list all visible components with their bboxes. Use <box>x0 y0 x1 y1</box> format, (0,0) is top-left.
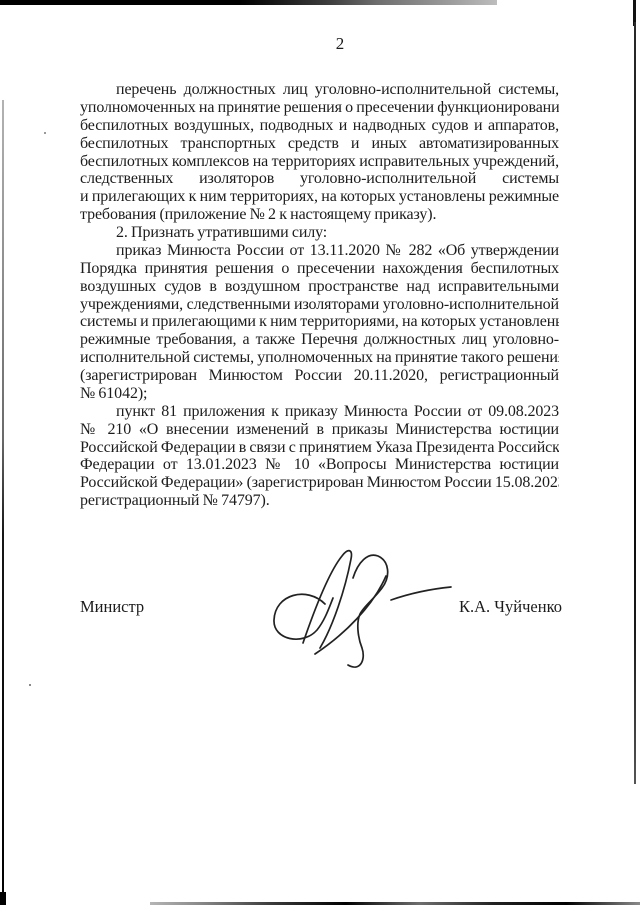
scanned-document-page: 2 перечень должностных лиц уголовно-испо… <box>0 0 640 905</box>
document-body: перечень должностных лиц уголовно-исполн… <box>80 81 559 510</box>
text-line: приказ Минюста России от 13.11.2020 № 28… <box>80 242 559 260</box>
scan-artifact-right-edge <box>634 22 636 784</box>
text-line: и прилегающих к ним территориях, на кото… <box>80 188 559 206</box>
minister-name: К.А. Чуйченко <box>459 598 562 615</box>
scan-artifact-top-edge <box>0 0 497 5</box>
text-line: беспилотных комплексов на территориях ис… <box>80 153 559 171</box>
scan-artifact-left-edge <box>2 100 4 905</box>
text-line: системы и прилегающими к ним территориям… <box>80 313 559 331</box>
scan-speck <box>29 684 31 686</box>
text-line: режимные требования, а также Перечня дол… <box>80 331 559 349</box>
text-line: следственных изоляторов уголовно-исполни… <box>80 170 559 188</box>
text-line: пункт 81 приложения к приказу Минюста Ро… <box>80 403 559 421</box>
text-line: перечень должностных лиц уголовно-исполн… <box>80 81 559 99</box>
text-line: № 210 «О внесении изменений в приказы Ми… <box>80 421 559 439</box>
text-line: уполномоченных на принятие решения о пре… <box>80 99 559 117</box>
scan-artifact-top-right <box>633 0 636 26</box>
text-line: Российской Федерации в связи с принятием… <box>80 439 559 457</box>
text-line: исполнительной системы, уполномоченных н… <box>80 349 559 367</box>
minister-title: Министр <box>80 598 144 615</box>
text-line: (зарегистрирован Минюстом России 20.11.2… <box>80 367 559 385</box>
text-line: 2. Признать утратившими силу: <box>80 224 559 242</box>
text-line: № 61042); <box>80 385 559 403</box>
scan-artifact-left-bottom <box>0 892 6 905</box>
scan-speck <box>44 132 46 134</box>
signature-row: Министр К.А. Чуйченко <box>80 598 562 615</box>
text-line: требования (приложение № 2 к настоящему … <box>80 206 559 224</box>
text-line: учреждениями, следственными изоляторами … <box>80 296 559 314</box>
text-line: Федерации от 13.01.2023 № 10 «Вопросы Ми… <box>80 456 559 474</box>
text-line: Российской Федерации» (зарегистрирован М… <box>80 474 559 492</box>
page-number: 2 <box>80 34 600 54</box>
text-line: беспилотных воздушных, подводных и надво… <box>80 117 559 135</box>
text-line: регистрационный № 74797). <box>80 492 559 510</box>
text-line: беспилотных транспортных средств и иных … <box>80 135 559 153</box>
text-line: Порядка принятия решения о пресечении на… <box>80 260 559 278</box>
text-line: воздушных судов в воздушном пространстве… <box>80 278 559 296</box>
